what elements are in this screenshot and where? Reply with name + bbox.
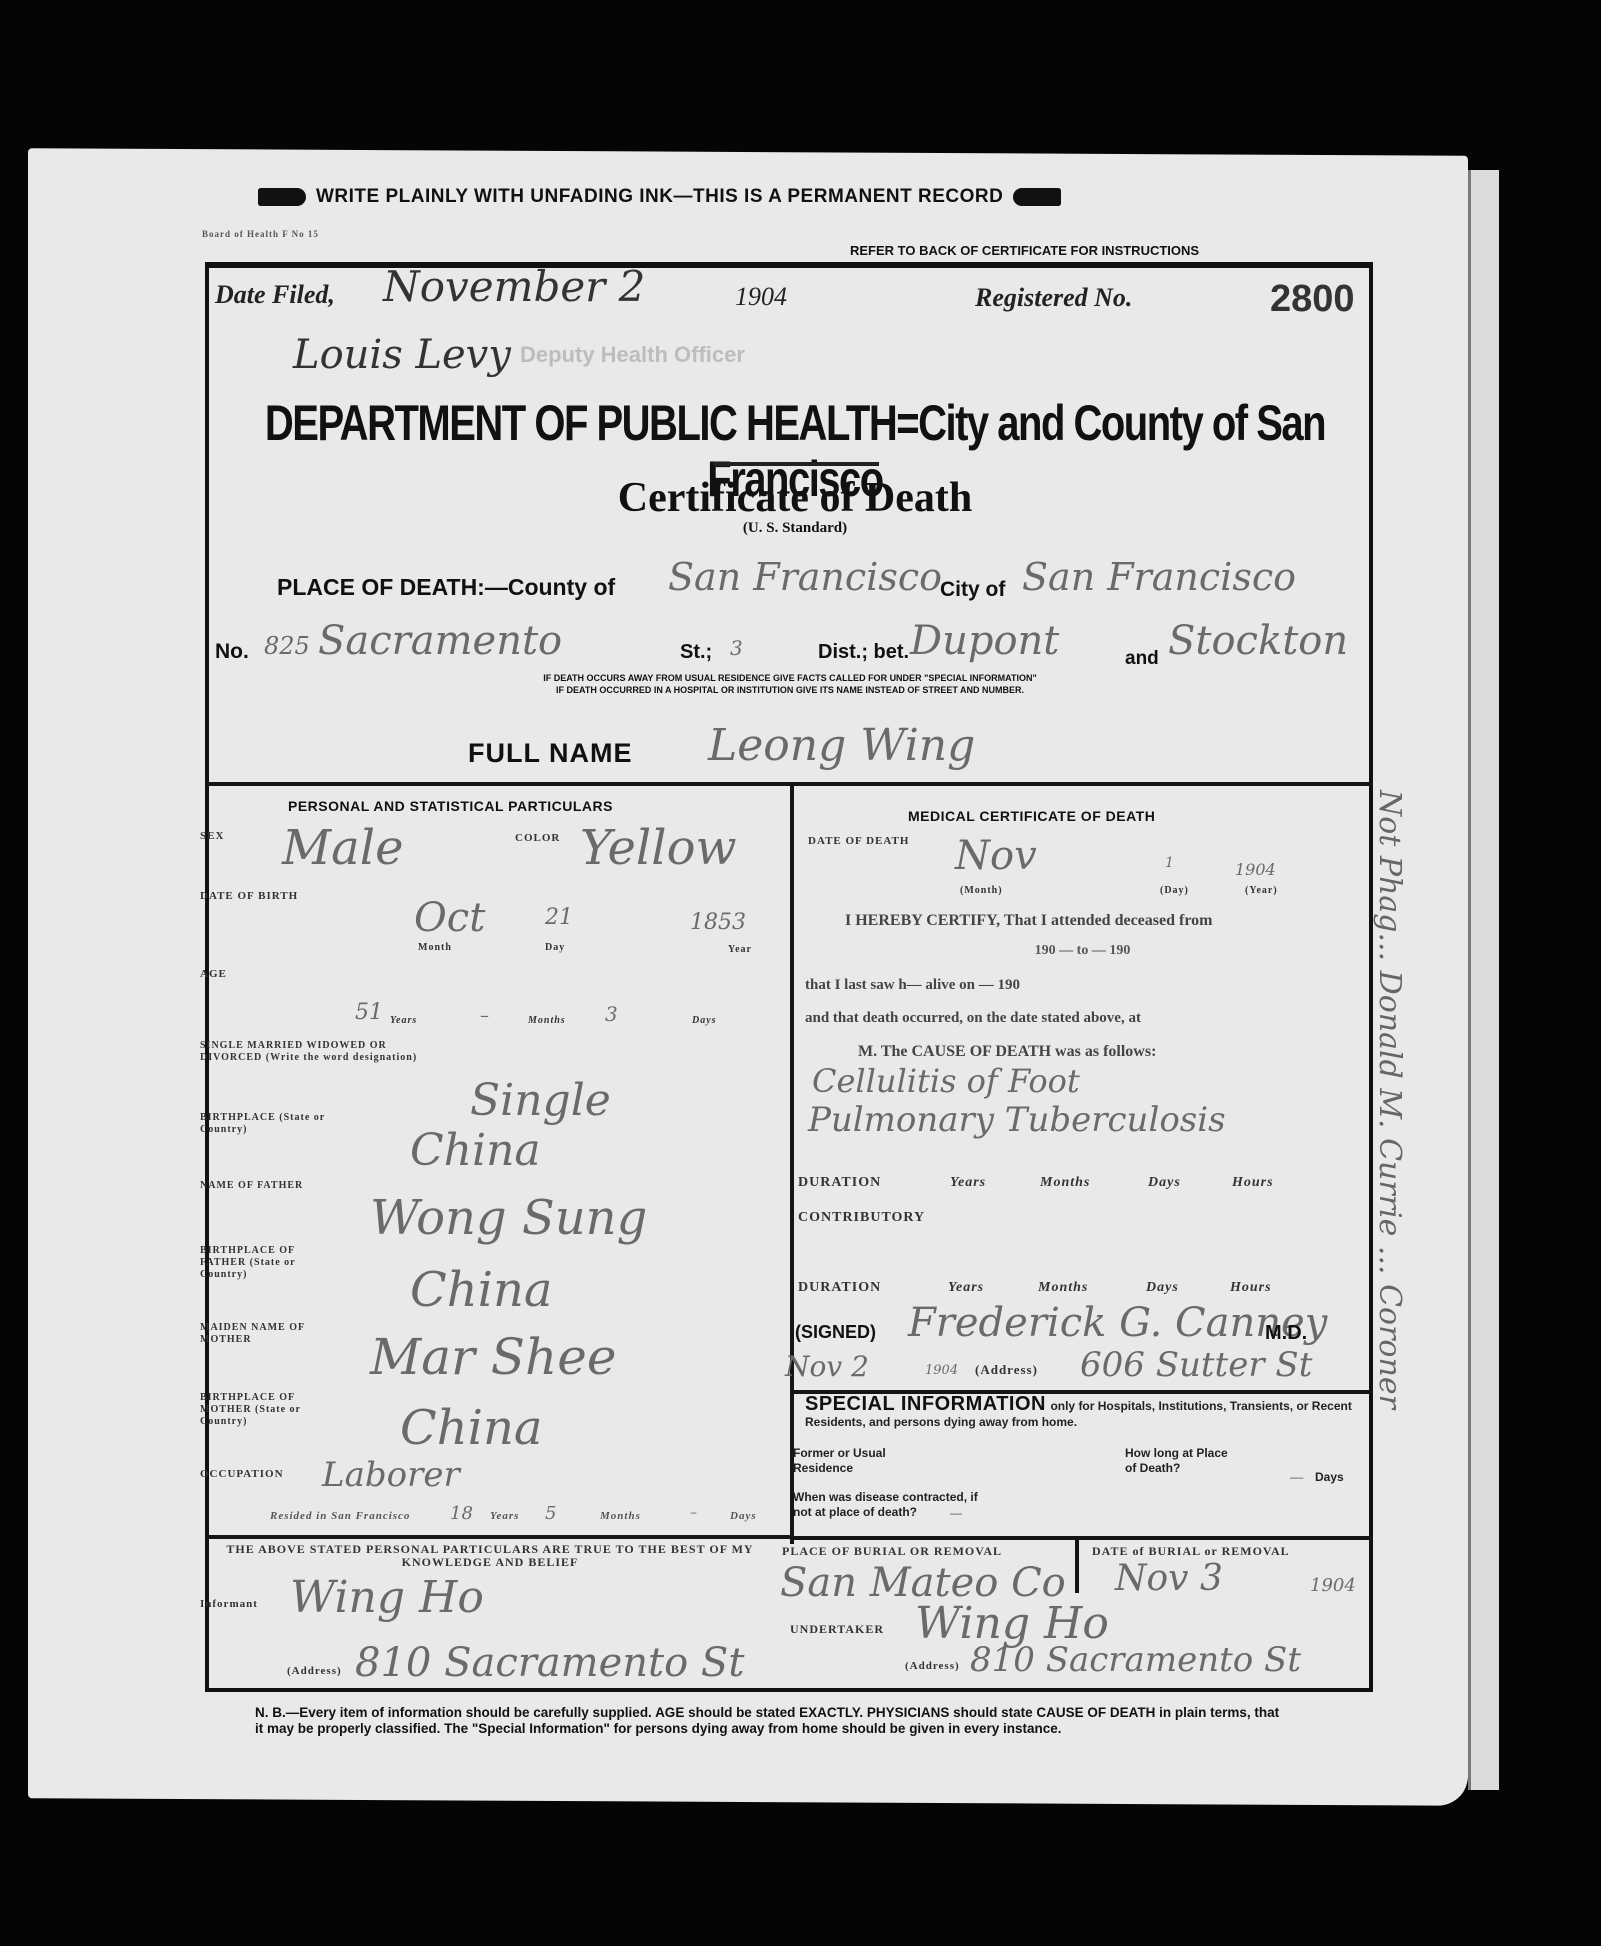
physician-address-label: (Address) — [975, 1364, 1038, 1376]
resided-months-label: Months — [600, 1510, 641, 1522]
printer-line: Board of Health F No 15 — [202, 228, 319, 240]
banner-text: WRITE PLAINLY WITH UNFADING INK—THIS IS … — [316, 186, 1003, 208]
death-year-label: (Year) — [1245, 885, 1278, 897]
duration-days-label-2: Days — [1146, 1282, 1179, 1294]
place-of-death-city: San Francisco — [1022, 555, 1296, 599]
date-filed-value: November 2 — [383, 262, 645, 311]
dob-day: 21 — [545, 905, 573, 930]
mother-name-label: MAIDEN NAME OF MOTHER — [200, 1322, 340, 1346]
duration-years-label: Years — [950, 1177, 986, 1189]
resided-label: Resided in San Francisco — [270, 1510, 410, 1522]
dob-month-label: Month — [418, 942, 452, 954]
former-residence-label: Former or Usual Residence — [793, 1446, 903, 1476]
death-month: Nov — [955, 833, 1037, 879]
age-years-label: Years — [390, 1015, 417, 1027]
dob-year-label: Year — [728, 944, 752, 956]
age-days-label: Days — [692, 1015, 717, 1027]
resided-days-label: Days — [730, 1510, 757, 1522]
age-months: – — [480, 1005, 489, 1026]
number-label: No. — [215, 640, 249, 664]
street-name: Sacramento — [318, 618, 562, 664]
father-name-value: Wong Sung — [370, 1190, 647, 1246]
street-label: St.; — [680, 641, 712, 664]
place-note-line-1: IF DEATH OCCURS AWAY FROM USUAL RESIDENC… — [360, 672, 1220, 684]
burial-year: 1904 — [1310, 1575, 1356, 1596]
signed-date: Nov 2 — [785, 1350, 869, 1383]
street-number: 825 — [264, 632, 310, 660]
page-edge — [1468, 170, 1499, 1790]
color-label: COLOR — [515, 832, 560, 844]
marital-status-value: Single — [470, 1075, 611, 1126]
column-divider — [790, 784, 794, 1544]
burial-column-divider — [1075, 1538, 1079, 1593]
duration-years-label-2: Years — [948, 1282, 984, 1294]
death-month-label: (Month) — [960, 885, 1003, 897]
dob-year: 1853 — [690, 910, 746, 935]
registered-label: Registered No. — [975, 283, 1132, 313]
special-heading: SPECIAL INFORMATION — [805, 1393, 1046, 1415]
sex-value: Male — [282, 820, 404, 876]
officer-title: Deputy Health Officer — [520, 342, 745, 368]
mother-birthplace-label: BIRTHPLACE OF MOTHER (State or Country) — [200, 1392, 340, 1428]
age-label: AGE — [200, 968, 227, 980]
signed-year: 1904 — [925, 1363, 958, 1378]
age-days: 3 — [605, 1002, 618, 1026]
age-months-label: Months — [528, 1015, 566, 1027]
dob-day-label: Day — [545, 942, 565, 954]
place-note-line-2: IF DEATH OCCURRED IN A HOSPITAL OR INSTI… — [360, 684, 1220, 696]
undertaker-address: 810 Sacramento St — [970, 1640, 1301, 1680]
attended-from-to: 190 — to — 190 — [805, 943, 1360, 959]
date-filed-year: 1904 — [735, 282, 787, 312]
registered-number: 2800 — [1270, 278, 1355, 321]
duration-months-label-2: Months — [1038, 1282, 1088, 1294]
duration-days-label: Days — [1148, 1177, 1181, 1189]
full-name-value: Leong Wing — [708, 720, 975, 771]
district-label: Dist.; bet. — [818, 641, 909, 664]
title-divider — [713, 462, 879, 466]
pointing-hand-icon — [1013, 188, 1061, 206]
marital-status-label: SINGLE MARRIED WIDOWED OR DIVORCED (Writ… — [200, 1040, 430, 1064]
how-long-days-label: Days — [1315, 1470, 1344, 1484]
death-day-label: (Day) — [1160, 885, 1189, 897]
informant-divider — [205, 1535, 792, 1539]
place-of-death-county: San Francisco — [668, 555, 942, 599]
officer-signature: Louis Levy — [293, 332, 511, 378]
occurred-line: and that death occurred, on the date sta… — [805, 1010, 1141, 1027]
medical-heading: MEDICAL CERTIFICATE OF DEATH — [908, 808, 1155, 824]
resided-years-label: Years — [490, 1510, 519, 1522]
full-name-label: FULL NAME — [468, 738, 633, 769]
date-of-death-label: DATE OF DEATH — [808, 835, 909, 847]
sex-label: SEX — [200, 830, 224, 842]
birthplace-value: China — [410, 1125, 541, 1176]
cause-line: M. The CAUSE OF DEATH was as follows: — [858, 1043, 1156, 1061]
special-information: SPECIAL INFORMATION only for Hospitals, … — [805, 1396, 1365, 1430]
md-label: M.D. — [1265, 1322, 1307, 1345]
occupation-value: Laborer — [322, 1455, 460, 1495]
father-name-label: NAME OF FATHER — [200, 1180, 310, 1192]
color-value: Yellow — [580, 820, 737, 876]
burial-date-label: DATE of BURIAL or REMOVAL — [1092, 1545, 1290, 1557]
resided-years: 18 — [450, 1503, 473, 1524]
personal-heading: PERSONAL AND STATISTICAL PARTICULARS — [288, 798, 613, 814]
father-birthplace-value: China — [410, 1262, 553, 1318]
place-note: IF DEATH OCCURS AWAY FROM USUAL RESIDENC… — [360, 672, 1220, 696]
certificate-title: Certificate of Death — [470, 474, 1120, 522]
occupation-label: OCCUPATION — [200, 1468, 284, 1480]
between-street-1: Dupont — [910, 618, 1059, 664]
death-day: 1 — [1165, 855, 1174, 871]
dob-month: Oct — [414, 895, 485, 941]
cause-of-death-2: Pulmonary Tuberculosis — [808, 1100, 1226, 1140]
undertaker-label: UNDERTAKER — [790, 1623, 884, 1635]
between-street-2: Stockton — [1168, 618, 1348, 664]
section-divider — [205, 782, 1373, 786]
age-years: 51 — [355, 1000, 383, 1025]
disease-contracted-value: — — [950, 1506, 962, 1520]
place-of-death-label: PLACE OF DEATH:—County of — [277, 574, 615, 601]
physician-address: 606 Sutter St — [1080, 1345, 1312, 1385]
father-birthplace-label: BIRTHPLACE OF FATHER (State or Country) — [200, 1245, 340, 1281]
informant-label: Informant — [200, 1598, 258, 1610]
duration-hours-label-2: Hours — [1230, 1282, 1272, 1294]
undertaker-address-label: (Address) — [905, 1660, 960, 1672]
signed-label: (SIGNED) — [795, 1322, 876, 1343]
last-saw-line: that I last saw h— alive on — 190 — [805, 977, 1020, 994]
duration-label-2: DURATION — [798, 1282, 881, 1294]
city-label: City of — [940, 578, 1005, 602]
duration-hours-label: Hours — [1232, 1177, 1274, 1189]
contributory-label: CONTRIBUTORY — [798, 1212, 925, 1224]
instructions-reference: REFER TO BACK OF CERTIFICATE FOR INSTRUC… — [850, 243, 1199, 258]
mother-name-value: Mar Shee — [370, 1328, 616, 1386]
informant-statement: THE ABOVE STATED PERSONAL PARTICULARS AR… — [200, 1543, 780, 1569]
informant-name: Wing Ho — [290, 1572, 484, 1623]
certify-line: I HEREBY CERTIFY, That I attended deceas… — [845, 912, 1212, 930]
date-filed-label: Date Filed, — [215, 280, 335, 310]
mother-birthplace-value: China — [400, 1400, 543, 1456]
certificate-subtitle: (U. S. Standard) — [470, 520, 1120, 537]
duration-months-label: Months — [1040, 1177, 1090, 1189]
and-label: and — [1125, 648, 1159, 670]
burial-divider — [790, 1536, 1373, 1540]
how-long-label: How long at Place of Death? — [1125, 1446, 1235, 1476]
cause-of-death-1: Cellulitis of Foot — [812, 1062, 1080, 1100]
resided-months: 5 — [545, 1503, 556, 1524]
ward: 3 — [730, 636, 743, 660]
burial-date: Nov 3 — [1115, 1558, 1223, 1599]
how-long-value: –– — [1290, 1470, 1303, 1484]
resided-days: – — [690, 1505, 697, 1521]
birthplace-label: BIRTHPLACE (State or Country) — [200, 1112, 340, 1136]
footnote: N. B.—Every item of information should b… — [195, 1705, 1285, 1737]
duration-label: DURATION — [798, 1177, 881, 1189]
date-of-birth-label: DATE OF BIRTH — [200, 890, 298, 902]
pointing-hand-icon — [258, 188, 306, 206]
burial-place-label: PLACE OF BURIAL OR REMOVAL — [782, 1545, 1002, 1557]
informant-address-label: (Address) — [287, 1665, 342, 1677]
informant-address: 810 Sacramento St — [355, 1640, 744, 1686]
death-year: 1904 — [1235, 860, 1276, 879]
banner: WRITE PLAINLY WITH UNFADING INK—THIS IS … — [258, 186, 1338, 208]
margin-annotation: Not Phag... Donald M. Currie ... Coroner — [1372, 790, 1407, 1409]
